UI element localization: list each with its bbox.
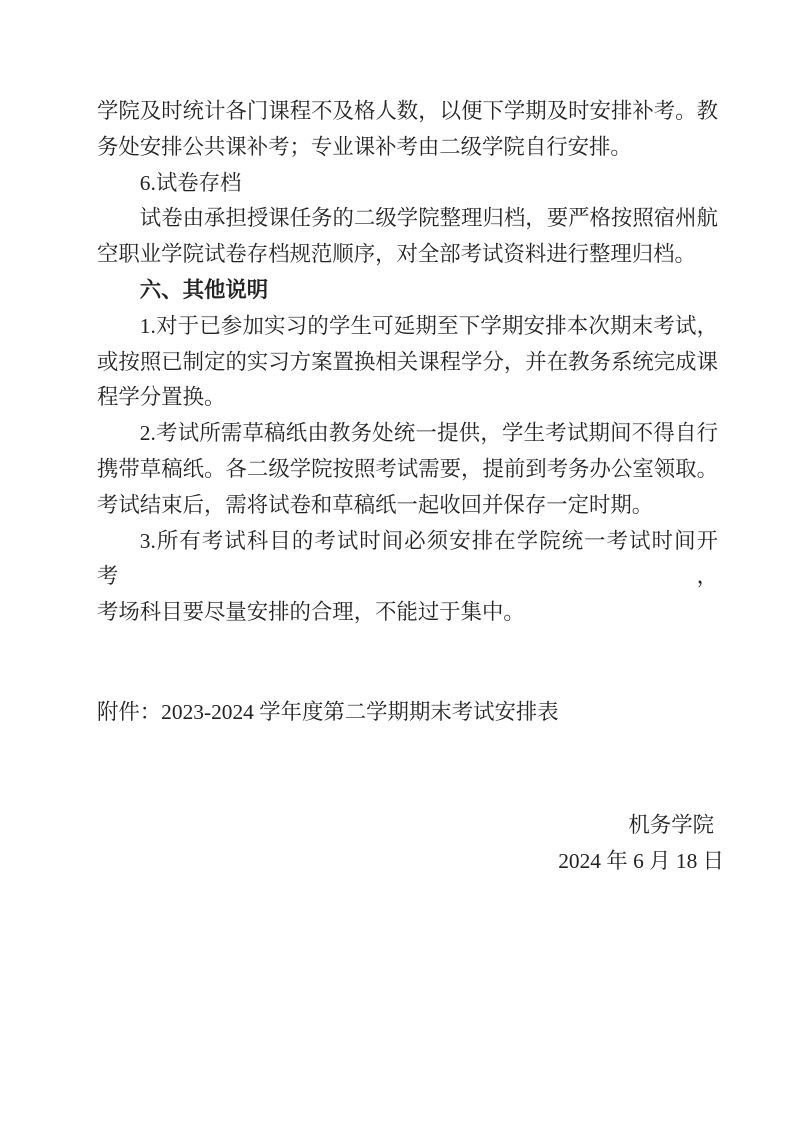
signature-date: 2024 年 6 月 18 日 <box>97 844 724 880</box>
note-3-line-1: 3.所有考试科目的考试时间必须安排在学院统一考试时间开考， <box>97 524 718 596</box>
note-1-line-3: 程学分置换。 <box>97 380 718 416</box>
note-2-line-3: 考试结束后，需将试卷和草稿纸一起收回并保存一定时期。 <box>97 488 718 524</box>
note-1-line-2: 或按照已制定的实习方案置换相关课程学分，并在教务系统完成课 <box>97 345 718 381</box>
paragraph-archive-line-2: 空职业学院试卷存档规范顺序，对全部考试资料进行整理归档。 <box>97 237 718 273</box>
note-2-line-2: 携带草稿纸。各二级学院按照考试需要，提前到考务办公室领取。 <box>97 452 718 488</box>
attachment-line: 附件：2023-2024 学年度第二学期期末考试安排表 <box>97 695 718 731</box>
note-3-line-2: 考场科目要尽量安排的合理，不能过于集中。 <box>97 595 718 631</box>
document-page: 学院及时统计各门课程不及格人数，以便下学期及时安排补考。教 务处安排公共课补考；… <box>0 0 793 1122</box>
section-heading-other-notes: 六、其他说明 <box>97 273 718 309</box>
document-body: 学院及时统计各门课程不及格人数，以便下学期及时安排补考。教 务处安排公共课补考；… <box>97 94 718 879</box>
paragraph-archive-line-1: 试卷由承担授课任务的二级学院整理归档，要严格按照宿州航 <box>97 201 718 237</box>
signature-name: 机务学院 <box>97 808 718 844</box>
note-2-line-1: 2.考试所需草稿纸由教务处统一提供，学生考试期间不得自行 <box>97 416 718 452</box>
paragraph-makeup-exam-line-2: 务处安排公共课补考；专业课补考由二级学院自行安排。 <box>97 130 718 166</box>
paragraph-makeup-exam-line-1: 学院及时统计各门课程不及格人数，以便下学期及时安排补考。教 <box>97 94 718 130</box>
list-item-6-heading: 6.试卷存档 <box>97 166 718 202</box>
note-1-line-1: 1.对于已参加实习的学生可延期至下学期安排本次期末考试， <box>97 309 718 345</box>
